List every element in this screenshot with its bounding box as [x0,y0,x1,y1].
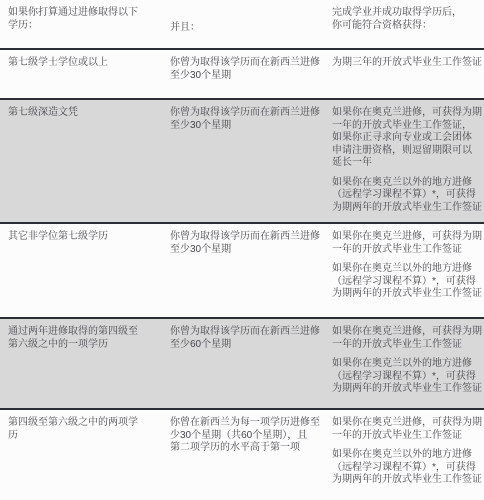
table-row: 通过两年进修取得的第四级至 第六级之中的一项学历 你曾为取得该学历而在新西兰进修… [0,319,484,410]
outcome-paragraph: 如果你在奥克兰进修，可获得为期 一年的开放式毕业生工作签证 [332,231,483,256]
table-row: 其它非学位第七级学历 你曾为取得该学历而在新西兰进修 至少30个星期 如果你在奥… [0,224,484,319]
outcome-paragraph: 如果你在奥克兰进修，可获得为期 一年的开放式毕业生工作签证， 如果你正寻求向专业… [332,107,483,170]
header-condition: 并且： [170,0,332,48]
outcome-paragraph: 为期三年的开放式毕业生工作签证 [332,57,483,70]
outcome-cell: 如果你在奥克兰进修，可获得为期 一年的开放式毕业生工作签证如果你在奥克兰以外的地… [332,319,484,408]
outcome-cell: 为期三年的开放式毕业生工作签证 [332,50,484,98]
condition-cell: 你曾在新西兰为每一项学历进修至 少30个星期（共60个星期），且 第二项学历的水… [170,410,332,500]
condition-cell: 你曾为取得该学历而在新西兰进修 至少60个星期 [170,319,332,408]
outcome-paragraph: 如果你在奥克兰以外的地方进修 （远程学习课程不算）*，可获得 为期两年的开放式毕… [332,263,483,301]
qualification-cell: 其它非学位第七级学历 [0,224,170,317]
qualification-cell: 第七级深造文凭 [0,100,170,222]
header-outcome: 完成学业并成功取得学历后， 你可能符合资格获得： [332,0,484,48]
qualification-cell: 第四级至第六级之中的两项学历 [0,410,170,500]
qualification-visa-table: 如果你打算通过进修取得以下 学历： 并且： 完成学业并成功取得学历后， 你可能符… [0,0,484,500]
outcome-paragraph: 如果你在奥克兰进修，可获得为期 一年的开放式毕业生工作签证 [332,326,483,351]
table-row: 第七级学士学位或以上 你曾为取得该学历而在新西兰进修 至少30个星期 为期三年的… [0,50,484,100]
outcome-cell: 如果你在奥克兰进修，可获得为期 一年的开放式毕业生工作签证， 如果你正寻求向专业… [332,100,484,222]
outcome-cell: 如果你在奥克兰进修，可获得为期 一年的开放式毕业生工作签证如果你在奥克兰以外的地… [332,410,484,500]
table-body: 第七级学士学位或以上 你曾为取得该学历而在新西兰进修 至少30个星期 为期三年的… [0,50,484,500]
outcome-cell: 如果你在奥克兰进修，可获得为期 一年的开放式毕业生工作签证如果你在奥克兰以外的地… [332,224,484,317]
header-qualification: 如果你打算通过进修取得以下 学历： [0,0,170,48]
table-header-row: 如果你打算通过进修取得以下 学历： 并且： 完成学业并成功取得学历后， 你可能符… [0,0,484,50]
outcome-paragraph: 如果你在奥克兰进修，可获得为期 一年的开放式毕业生工作签证 [332,417,483,442]
condition-cell: 你曾为取得该学历而在新西兰进修 至少30个星期 [170,100,332,222]
outcome-paragraph: 如果你在奥克兰以外的地方进修 （远程学习课程不算）*，可获得 为期两年的开放式毕… [332,177,483,215]
condition-cell: 你曾为取得该学历而在新西兰进修 至少30个星期 [170,50,332,98]
qualification-cell: 通过两年进修取得的第四级至 第六级之中的一项学历 [0,319,170,408]
qualification-cell: 第七级学士学位或以上 [0,50,170,98]
condition-cell: 你曾为取得该学历而在新西兰进修 至少30个星期 [170,224,332,317]
table-row: 第七级深造文凭 你曾为取得该学历而在新西兰进修 至少30个星期 如果你在奥克兰进… [0,100,484,224]
outcome-paragraph: 如果你在奥克兰以外的地方进修 （远程学习课程不算）*，可获得 为期两年的开放式毕… [332,358,483,396]
table-row: 第四级至第六级之中的两项学历 你曾在新西兰为每一项学历进修至 少30个星期（共6… [0,410,484,500]
outcome-paragraph: 如果你在奥克兰以外的地方进修 （远程学习课程不算）*，可获得 为期两年的开放式毕… [332,449,483,487]
